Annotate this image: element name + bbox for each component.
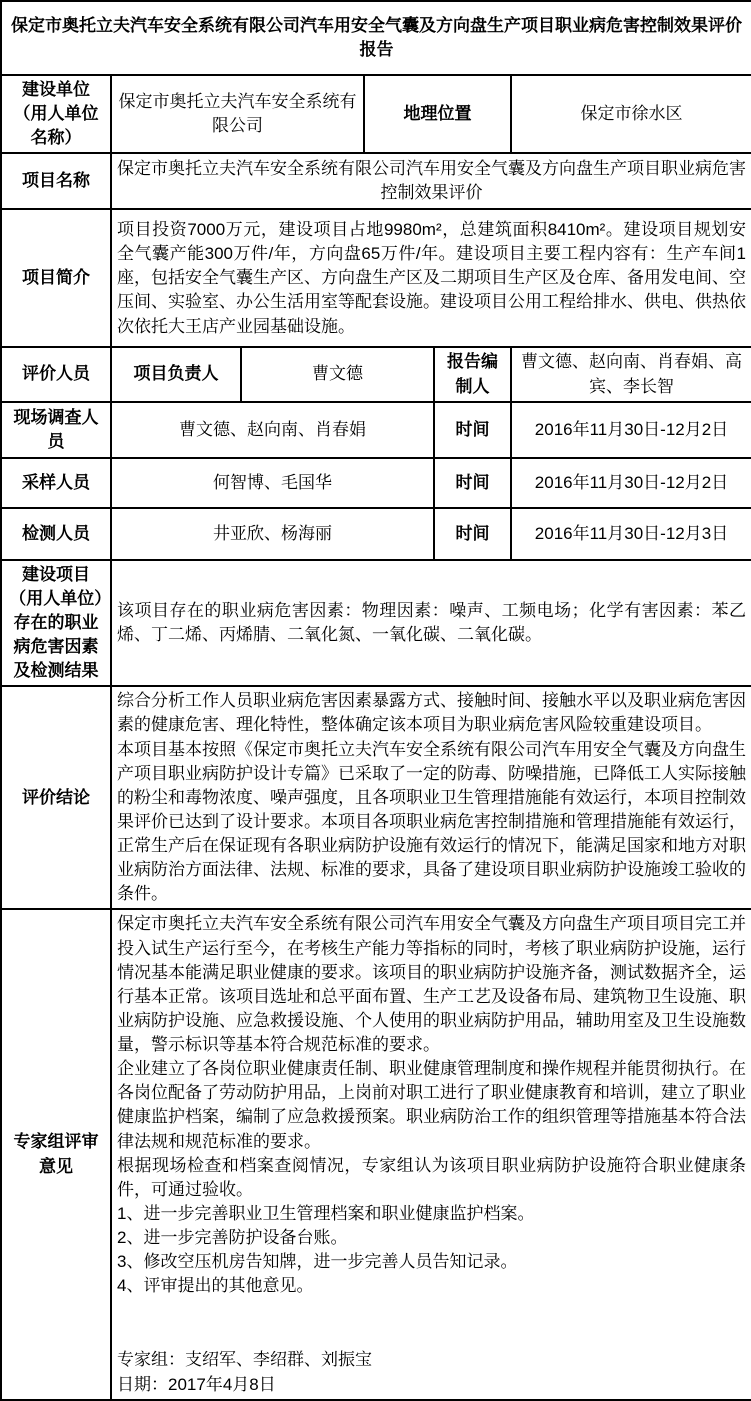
conclusion-label: 评价结论 xyxy=(1,686,111,909)
report-title: 保定市奥托立夫汽车安全系统有限公司汽车用安全气囊及方向盘生产项目职业病危害控制效… xyxy=(1,1,751,75)
expert-team: 专家组：支绍军、李绍群、刘振宝 xyxy=(117,1348,746,1372)
conclusion-value: 综合分析工作人员职业病危害因素暴露方式、接触时间、接触水平以及职业病危害因素的健… xyxy=(111,686,751,909)
sampling-label: 采样人员 xyxy=(1,458,111,508)
expert-item-4: 4、评审提出的其他意见。 xyxy=(117,1274,746,1298)
project-leader-value: 曹文德 xyxy=(241,347,434,401)
evaluators-label: 评价人员 xyxy=(1,347,111,401)
testing-time-label: 时间 xyxy=(434,508,511,560)
report-writer-value: 曹文德、赵向南、肖春娟、高宾、李长智 xyxy=(511,347,751,401)
geo-value: 保定市徐水区 xyxy=(511,75,751,153)
report-table: 保定市奥托立夫汽车安全系统有限公司汽车用安全气囊及方向盘生产项目职业病危害控制效… xyxy=(0,0,751,1401)
expert-item-3: 3、修改空压机房告知牌，进一步完善人员告知记录。 xyxy=(117,1250,746,1274)
expert-label: 专家组评审意见 xyxy=(1,909,111,1399)
testing-time-value: 2016年11月30日-12月3日 xyxy=(511,508,751,560)
sampling-time-label: 时间 xyxy=(434,458,511,508)
expert-paragraph-3: 根据现场检查和档案查阅情况，专家组认为该项目职业病防护设施符合职业健康条件，可通… xyxy=(117,1154,746,1202)
project-leader-label: 项目负责人 xyxy=(111,347,241,401)
report-writer-label: 报告编制人 xyxy=(434,347,511,401)
expert-item-1: 1、进一步完善职业卫生管理档案和职业健康监护档案。 xyxy=(117,1202,746,1226)
unit-label: 建设单位（用人单位名称） xyxy=(1,75,111,153)
conclusion-paragraph-1: 综合分析工作人员职业病危害因素暴露方式、接触时间、接触水平以及职业病危害因素的健… xyxy=(117,689,746,737)
expert-value: 保定市奥托立夫汽车安全系统有限公司汽车用安全气囊及方向盘生产项目项目完工并投入试… xyxy=(111,909,751,1399)
expert-paragraph-1: 保定市奥托立夫汽车安全系统有限公司汽车用安全气囊及方向盘生产项目项目完工并投入试… xyxy=(117,912,746,1057)
report-document: 保定市奥托立夫汽车安全系统有限公司汽车用安全气囊及方向盘生产项目职业病危害控制效… xyxy=(0,0,751,1401)
project-intro-label: 项目简介 xyxy=(1,209,111,347)
expert-date: 日期：2017年4月8日 xyxy=(117,1373,746,1397)
project-name-value: 保定市奥托立夫汽车安全系统有限公司汽车用安全气囊及方向盘生产项目职业病危害控制效… xyxy=(111,153,751,209)
site-survey-label: 现场调查人员 xyxy=(1,402,111,458)
sampling-time-value: 2016年11月30日-12月2日 xyxy=(511,458,751,508)
site-survey-time-value: 2016年11月30日-12月2日 xyxy=(511,402,751,458)
site-survey-value: 曹文德、赵向南、肖春娟 xyxy=(111,402,434,458)
testing-value: 井亚欣、杨海丽 xyxy=(111,508,434,560)
hazards-label: 建设项目（用人单位）存在的职业病危害因素及检测结果 xyxy=(1,560,111,687)
hazards-value: 该项目存在的职业病危害因素：物理因素：噪声、工频电场；化学有害因素：苯乙烯、丁二… xyxy=(111,560,751,687)
project-intro-value: 项目投资7000万元，建设项目占地9980m²，总建筑面积8410m²。建设项目… xyxy=(111,209,751,347)
conclusion-paragraph-2: 本项目基本按照《保定市奥托立夫汽车安全系统有限公司汽车用安全气囊及方向盘生产项目… xyxy=(117,738,746,907)
geo-label: 地理位置 xyxy=(364,75,511,153)
expert-item-2: 2、进一步完善防护设备台账。 xyxy=(117,1226,746,1250)
unit-value: 保定市奥托立夫汽车安全系统有限公司 xyxy=(111,75,364,153)
project-name-label: 项目名称 xyxy=(1,153,111,209)
sampling-value: 何智博、毛国华 xyxy=(111,458,434,508)
testing-label: 检测人员 xyxy=(1,508,111,560)
site-survey-time-label: 时间 xyxy=(434,402,511,458)
expert-paragraph-2: 企业建立了各岗位职业健康责任制、职业健康管理制度和操作规程并能贯彻执行。在各岗位… xyxy=(117,1057,746,1154)
